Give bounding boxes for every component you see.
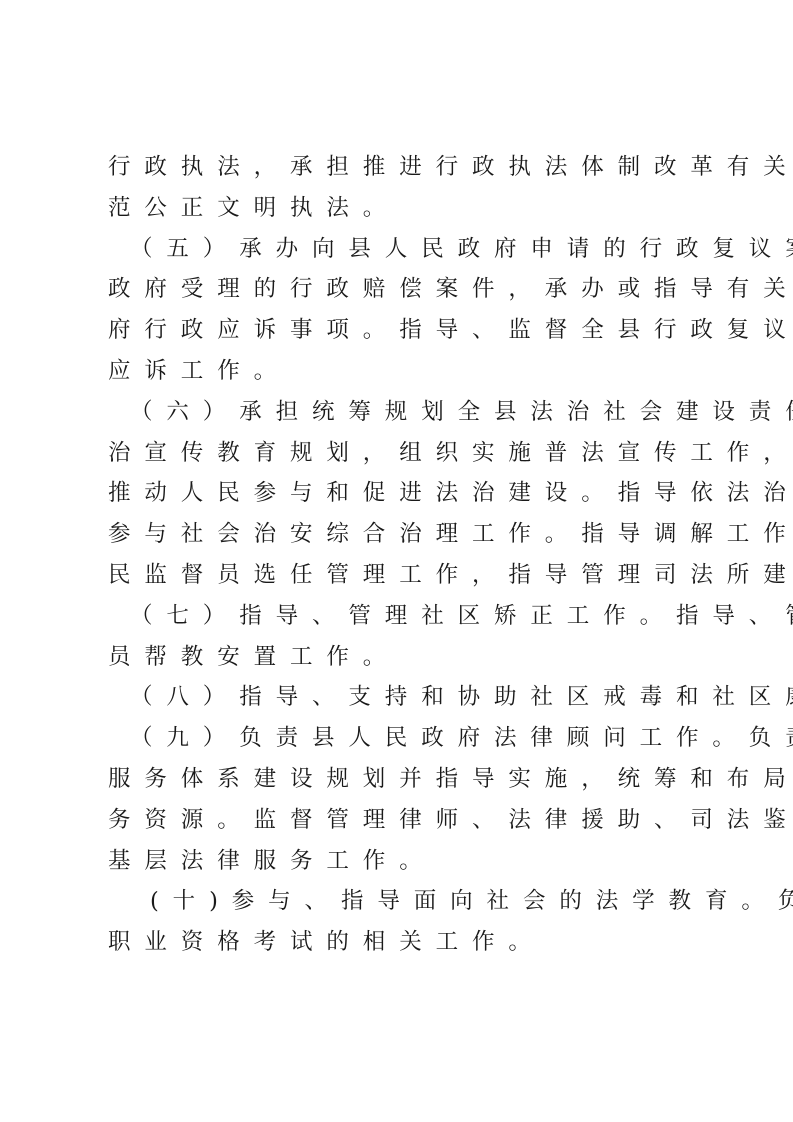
section-8-heading-line: （八）指导、支持和协助社区戒毒和社区康复工作。 bbox=[130, 677, 720, 717]
text-line: 民监督员选任管理工作，指导管理司法所建设。 bbox=[108, 555, 698, 595]
section-5-heading-line: （五）承办向县人民政府申请的行政复议案件，办理县人民 bbox=[130, 229, 720, 269]
text-line: 治宣传教育规划，组织实施普法宣传工作，组织对外法治宣传。 bbox=[108, 433, 698, 473]
text-line: 应诉工作。 bbox=[108, 351, 698, 391]
section-7-heading-line: （七）指导、管理社区矫正工作。指导、管理刑满释放人 bbox=[130, 596, 720, 636]
text-line: 职业资格考试的相关工作。 bbox=[108, 922, 698, 962]
text-line: 基层法律服务工作。 bbox=[108, 841, 698, 881]
section-9-heading-line: （九）负责县人民政府法律顾问工作。负责拟定公共法律 bbox=[130, 718, 720, 758]
text-line: 政府受理的行政赔偿案件，承办或指导有关单位办理县人民政 bbox=[108, 269, 698, 309]
document-page: 行政执法，承担推进行政执法体制改革有关工作，推进严格规 范公正文明执法。 （五）… bbox=[0, 0, 793, 1122]
text-line: 范公正文明执法。 bbox=[108, 188, 698, 228]
text-line: 推动人民参与和促进法治建设。指导依法治理和法治创建工作， bbox=[108, 473, 698, 513]
text-line: 府行政应诉事项。指导、监督全县行政复议、行政赔偿和行政 bbox=[108, 310, 698, 350]
text-line: 服务体系建设规划并指导实施，统筹和布局城乡、区域法律服 bbox=[108, 759, 698, 799]
text-line: 行政执法，承担推进行政执法体制改革有关工作，推进严格规 bbox=[108, 147, 698, 187]
section-6-heading-line: （六）承担统筹规划全县法治社会建设责任。负责拟订法 bbox=[130, 392, 720, 432]
text-line: 员帮教安置工作。 bbox=[108, 637, 698, 677]
section-10-heading-line: (十)参与、指导面向社会的法学教育。负责国家统一法律 bbox=[150, 881, 740, 921]
text-line: 务资源。监督管理律师、法律援助、司法鉴定、公证、仲裁和 bbox=[108, 800, 698, 840]
text-line: 参与社会治安综合治理工作。指导调解工作和人民陪审员、人 bbox=[108, 514, 698, 554]
